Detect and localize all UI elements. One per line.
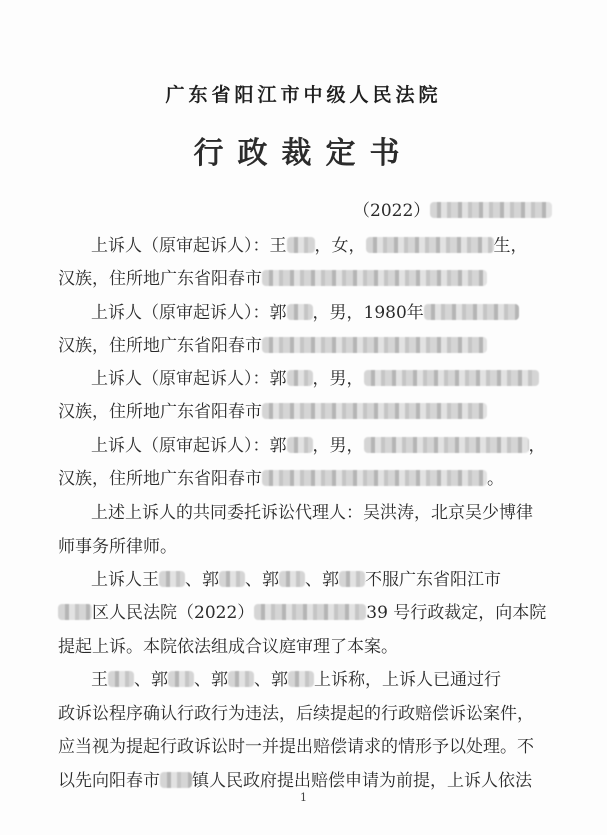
redacted-name [219,571,245,587]
redacted-birthdate [364,370,539,386]
agent-line-1: 上述上诉人的共同委托诉讼代理人：吴洪涛，北京吴少博律 [91,501,528,525]
claims-line-3: 应当视为提起行政诉讼时一并提出赔偿请求的情形予以处理。不 [58,735,528,759]
party-1-address: 汉族，住所地广东省阳春市 [58,267,528,291]
redacted-name [288,671,314,687]
case-number: （2022） [353,199,552,223]
party-3-address: 汉族，住所地广东省阳春市 [58,400,528,424]
redacted-name [287,437,313,453]
redacted-name [228,671,254,687]
redacted-birthdate [366,237,494,253]
document-page: 广东省阳江市中级人民法院 行政裁定书 （2022） 上诉人（原审起诉人）：王，女… [0,0,607,835]
court-name: 广东省阳江市中级人民法院 [0,80,607,107]
claims-line-2: 政诉讼程序确认行政行为违法，后续提起的行政赔偿诉讼案件， [58,702,528,726]
claims-line-4: 以先向阳春市镇人民政府提出赔偿申请为前提，上诉人依法 [58,769,528,793]
redacted-town [160,772,192,788]
document-type-title: 行政裁定书 [0,128,607,172]
redacted-name [159,571,185,587]
party-2-line: 上诉人（原审起诉人）：郭，男，1980年 [91,301,528,325]
claims-line-1: 王、郭、郭、郭上诉称，上诉人已通过行 [91,668,528,692]
redacted-birthdate [424,304,519,320]
party-4-line: 上诉人（原审起诉人）：郭，男，， [91,434,528,458]
redacted-name [287,304,313,320]
redacted-address [262,470,487,486]
party-4-address: 汉族，住所地广东省阳春市。 [58,467,528,491]
redacted-case-number [430,202,552,218]
appeal-line-1: 上诉人王、郭、郭、郭不服广东省阳江市 [91,568,528,592]
appeal-line-3: 提起上诉。本院依法组成合议庭审理了本案。 [58,635,528,659]
redacted-address [262,337,487,353]
redacted-district [58,604,92,620]
redacted-name [279,571,305,587]
redacted-name [287,237,315,253]
party-1-line: 上诉人（原审起诉人）：王，女，生， [91,234,528,258]
redacted-birthdate [364,437,529,453]
party-3-line: 上诉人（原审起诉人）：郭，男， [91,367,528,391]
redacted-case-number [254,604,366,620]
party-2-address: 汉族，住所地广东省阳春市 [58,334,528,358]
page-number: 1 [0,791,607,804]
redacted-name [168,671,194,687]
redacted-name [287,370,313,386]
redacted-name [339,571,365,587]
agent-line-2: 师事务所律师。 [58,535,528,559]
redacted-name [108,671,134,687]
appeal-line-2: 区人民法院（2022）39 号行政裁定，向本院 [58,601,528,625]
redacted-address [262,270,487,286]
redacted-address [262,403,487,419]
